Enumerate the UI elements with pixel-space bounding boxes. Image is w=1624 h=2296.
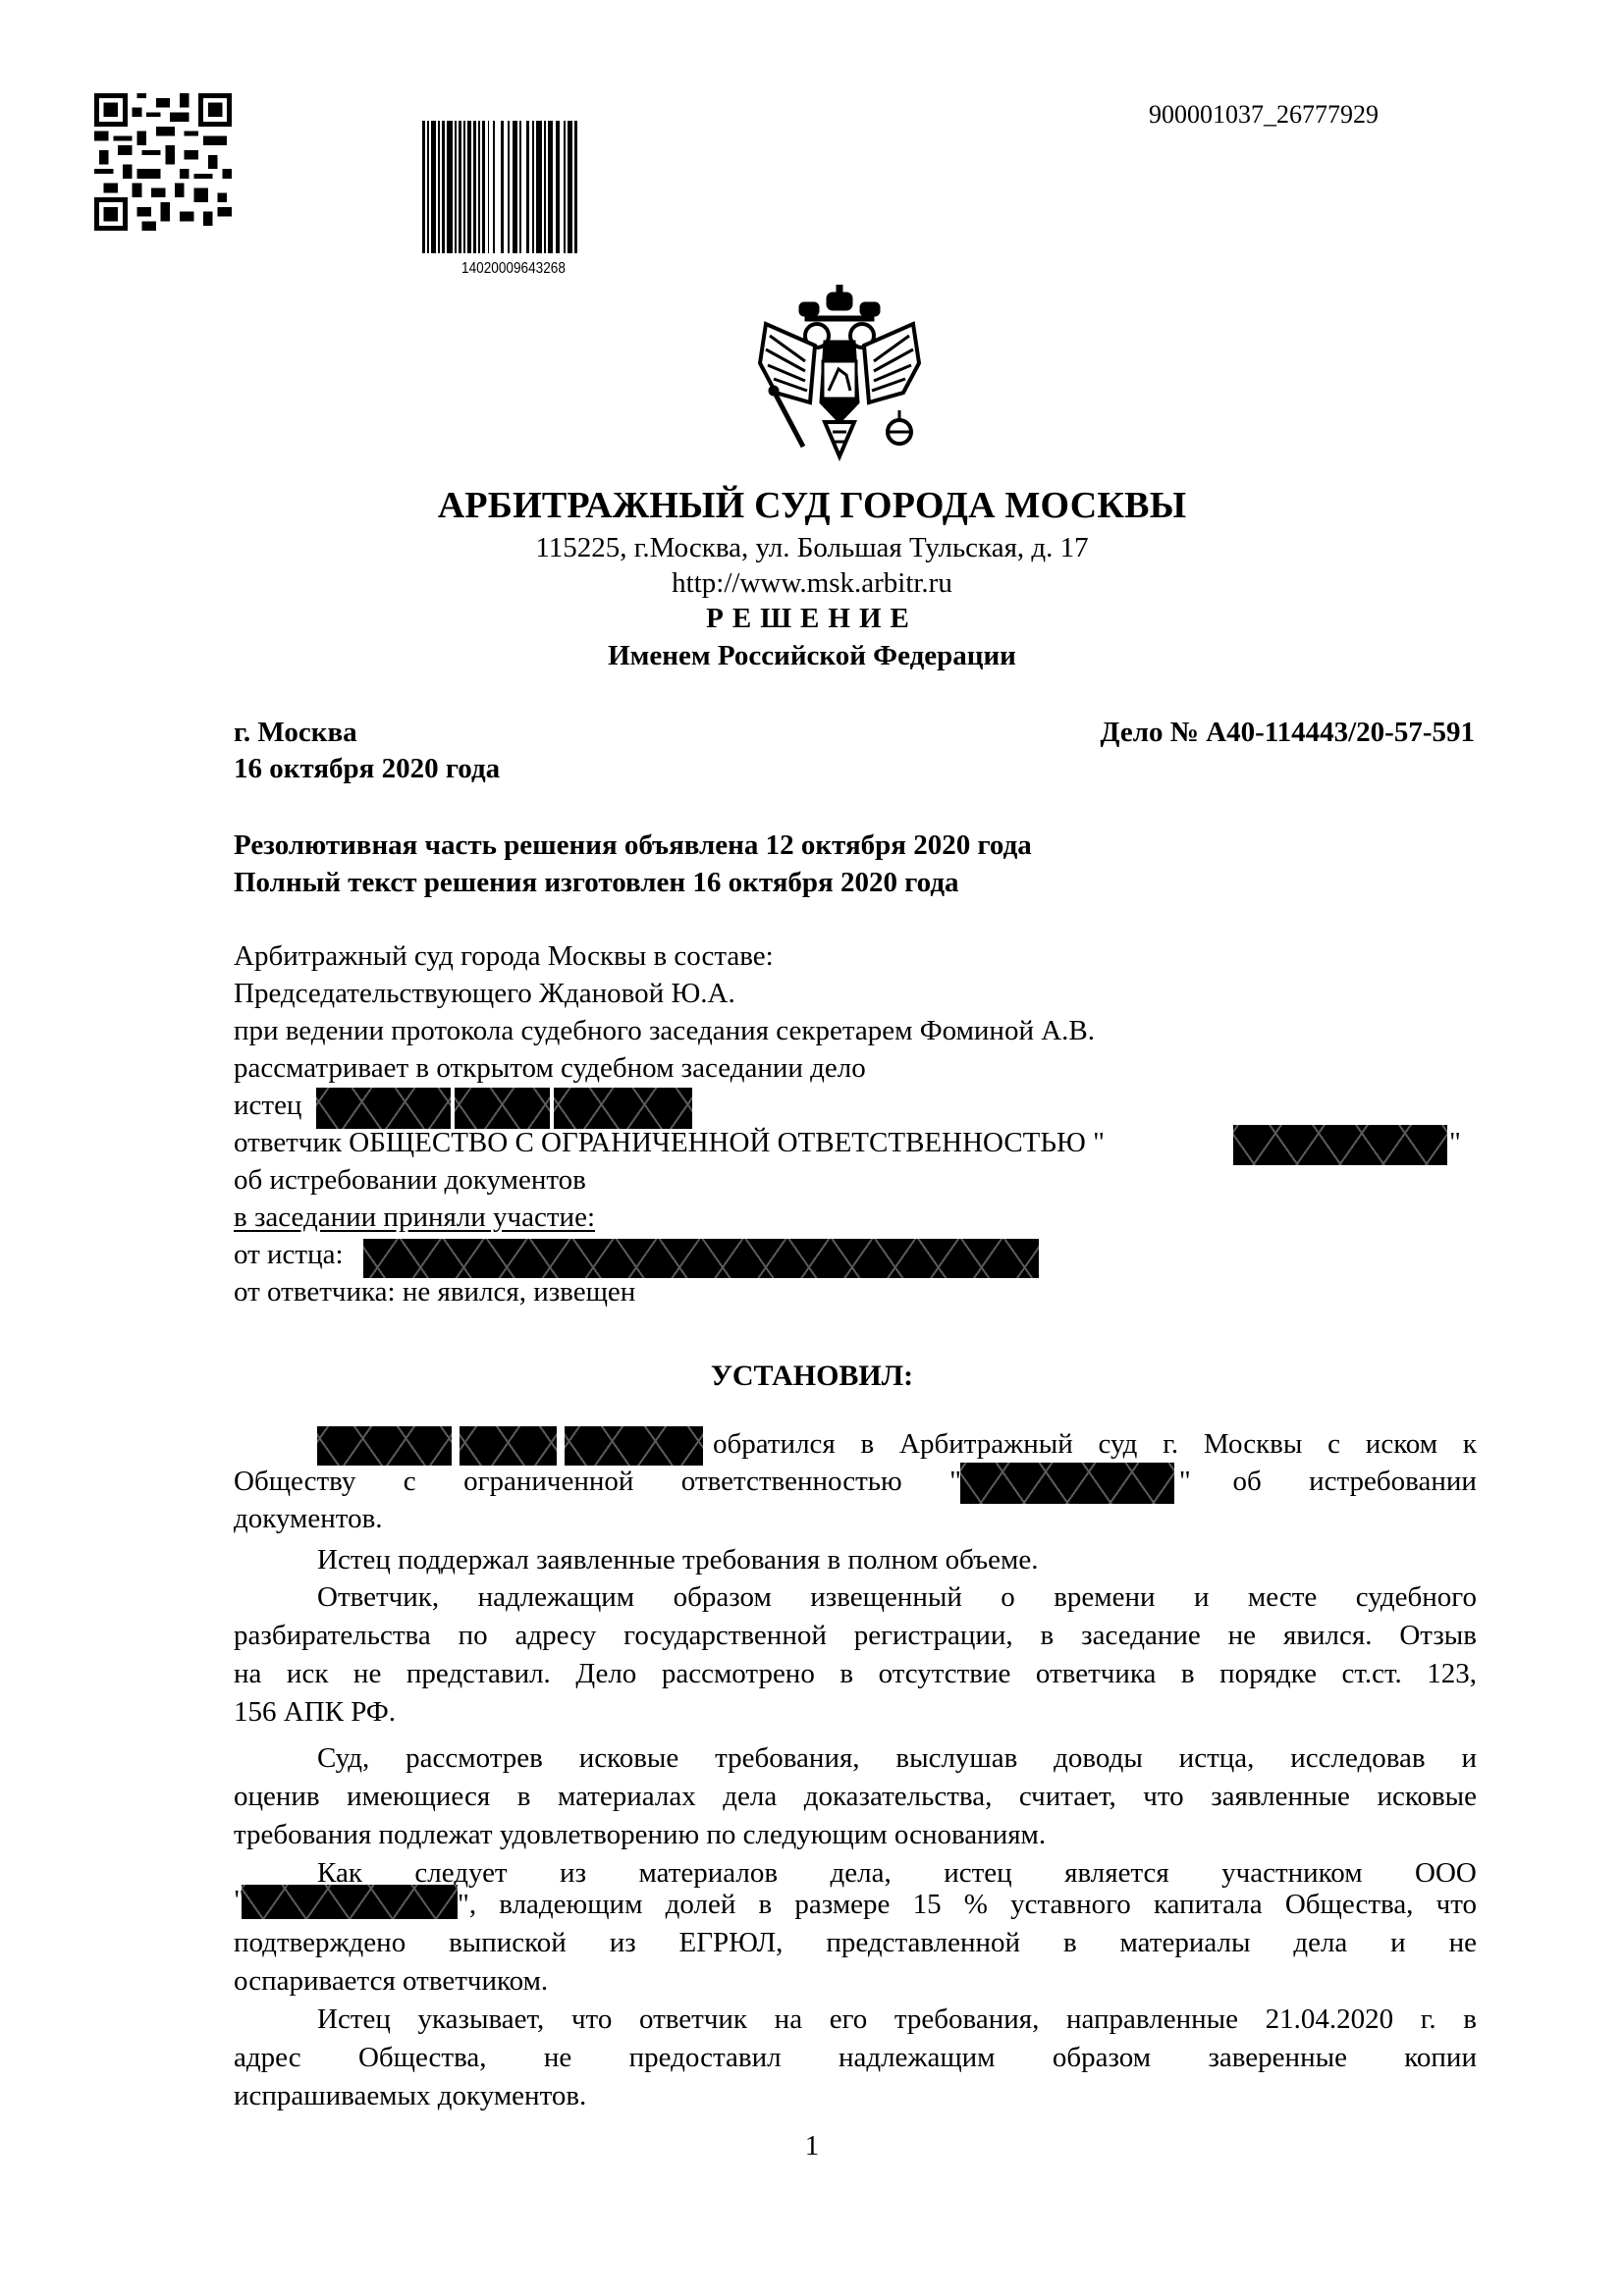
text-word: истец: [944, 1857, 1011, 1890]
text-word: адресу: [515, 1620, 597, 1652]
court-address: 115225, г.Москва, ул. Большая Тульская, …: [0, 532, 1624, 564]
text-word: считает,: [1019, 1781, 1116, 1813]
qr-code-icon: [94, 93, 232, 231]
text-word: Ответчик,: [317, 1581, 439, 1614]
paragraph-5-line-4: оспаривается ответчиком.: [234, 1965, 548, 1998]
text-word: разбирательства: [234, 1620, 431, 1652]
case-subject: об истребовании документов: [234, 1164, 586, 1197]
text-word: по: [459, 1620, 488, 1652]
text-word: надлежащим: [478, 1581, 635, 1614]
text-word: в: [1063, 1927, 1077, 1959]
court-composition: Арбитражный суд города Москвы в составе:: [234, 940, 774, 973]
text-word: ООО: [1415, 1857, 1477, 1890]
text-word: рассмотрев: [406, 1742, 543, 1775]
paragraph-1-line-1: обратился в Арбитражный суд г. Москвы с …: [713, 1428, 1477, 1461]
text-word: материалы: [1120, 1927, 1251, 1959]
paragraph-1-line-3: документов.: [234, 1503, 383, 1535]
redacted-plaintiff-name: [460, 1426, 557, 1466]
text-word: на: [234, 1658, 261, 1690]
paragraph-1-line-2: Обществу с ограниченной ответственностью…: [234, 1466, 1477, 1498]
text-word: в: [1181, 1658, 1195, 1690]
text-word: образом: [674, 1581, 772, 1614]
text-word: и: [1461, 1742, 1477, 1775]
text-word: дела: [723, 1781, 777, 1813]
text-word: в: [839, 1658, 853, 1690]
text-word: что: [1143, 1781, 1183, 1813]
text-word: является: [1064, 1857, 1169, 1890]
text-word: исковые: [1377, 1781, 1477, 1813]
text-word: выпиской: [449, 1927, 567, 1959]
paragraph-5-line-1: Какследуетизматериаловдела,истецявляется…: [317, 1857, 1477, 1890]
text-word: 123,: [1427, 1658, 1477, 1690]
text-word: образом: [1053, 2042, 1151, 2074]
text-word: времени: [1054, 1581, 1155, 1614]
text-word: и: [1194, 1581, 1210, 1614]
defendant-line: ответчик ОБЩЕСТВО С ОГРАНИЧЕННОЙ ОТВЕТСТ…: [234, 1127, 1105, 1159]
redacted-plaintiff-representative: [363, 1239, 1039, 1278]
hearing-statement: рассматривает в открытом судебном заседа…: [234, 1052, 866, 1085]
text-word: Обществу: [234, 1466, 355, 1498]
redacted-plaintiff-name: [455, 1088, 550, 1129]
presiding-judge: Председательствующего Ждановой Ю.А.: [234, 978, 735, 1010]
text-word: указывает,: [418, 2003, 545, 2036]
text-word: ограниченной: [463, 1466, 633, 1498]
text-word: заседание: [1081, 1620, 1201, 1652]
redacted-company-name: [242, 1885, 458, 1919]
text-word: из: [610, 1927, 636, 1959]
text-word: Суд,: [317, 1742, 369, 1775]
document-subtitle: Именем Российской Федерации: [0, 640, 1624, 672]
text-word: оценив: [234, 1781, 320, 1813]
text-word: извещенный: [810, 1581, 962, 1614]
text-word: заявленные: [1211, 1781, 1350, 1813]
court-website-link[interactable]: http://www.msk.arbitr.ru: [0, 567, 1624, 600]
text-word: на: [775, 2003, 802, 2036]
text-word: дела: [1293, 1927, 1347, 1959]
redacted-plaintiff-patronymic: [554, 1088, 692, 1129]
text-word: материалах: [558, 1781, 696, 1813]
text-word: не: [1228, 1620, 1256, 1652]
text-word: г.: [1421, 2003, 1436, 2036]
defendant-quote: ": [1449, 1127, 1461, 1159]
text-word: и: [1390, 1927, 1406, 1959]
paragraph-5-line-3: подтвержденовыпискойизЕГРЮЛ,представленн…: [234, 1927, 1477, 1959]
resolution-announced: Резолютивная часть решения объявлена 12 …: [234, 829, 1032, 862]
text-word: выслушав: [895, 1742, 1017, 1775]
text-word: явился.: [1283, 1620, 1372, 1652]
text-word: ответственностью: [681, 1466, 902, 1498]
paragraph-6-line-3: испрашиваемых документов.: [234, 2080, 586, 2112]
text-word: требования,: [715, 1742, 859, 1775]
text-word: представил.: [406, 1658, 551, 1690]
page-number: 1: [0, 2130, 1624, 2163]
paragraph-6-line-2: адресОбщества,непредоставилнадлежащимобр…: [234, 2042, 1477, 2074]
text-word: ст.ст.: [1342, 1658, 1402, 1690]
text-word: в: [517, 1781, 531, 1813]
text-word: судебного: [1356, 1581, 1477, 1614]
text-word: адрес: [234, 2042, 301, 2074]
text-word: рассмотрено: [662, 1658, 815, 1690]
text-word: участником: [1221, 1857, 1362, 1890]
text-word: 21.04.2020: [1266, 2003, 1394, 2036]
text-word: ответчика: [1036, 1658, 1157, 1690]
text-word: о: [1001, 1581, 1015, 1614]
text-word: имеющиеся: [347, 1781, 490, 1813]
text-word: Истец: [317, 2003, 391, 2036]
text-word: требования,: [894, 2003, 1039, 2036]
text-word: в: [1041, 1620, 1055, 1652]
coat-of-arms-icon: [756, 285, 923, 461]
text-word: государственной: [623, 1620, 827, 1652]
paragraph-3-line-2: разбирательствапоадресугосударственнойре…: [234, 1620, 1477, 1652]
text-word: не: [353, 1658, 381, 1690]
defendant-label: ответчик ОБЩЕСТВО С ОГРАНИЧЕННОЙ ОТВЕТСТ…: [234, 1127, 1105, 1158]
text-word: надлежащим: [839, 2042, 996, 2074]
barcode-icon: [422, 121, 579, 253]
paragraph-6-line-1: Истецуказывает,чтоответчикнаеготребовани…: [317, 2003, 1477, 2036]
text-word: месте: [1248, 1581, 1317, 1614]
text-word: подтверждено: [234, 1927, 406, 1959]
text-word: исковые: [579, 1742, 679, 1775]
barcode-number: 14020009643268: [461, 260, 566, 278]
paragraph-4-line-2: оценивимеющиесявматериалахделадоказатель…: [234, 1781, 1477, 1813]
full-text-date: Полный текст решения изготовлен 16 октяб…: [234, 867, 959, 899]
text-word: дела,: [831, 1857, 892, 1890]
court-name: АРБИТРАЖНЫЙ СУД ГОРОДА МОСКВЫ: [0, 484, 1624, 527]
decision-date: 16 октября 2020 года: [234, 753, 500, 785]
case-number: Дело № А40-114443/20-57-591: [1101, 717, 1475, 749]
paragraph-3-line-4: 156 АПК РФ.: [234, 1696, 396, 1729]
text-word: направленные: [1066, 2003, 1238, 2036]
city: г. Москва: [234, 717, 357, 749]
text-word: регистрации,: [854, 1620, 1013, 1652]
participants-label: в заседании приняли участие:: [234, 1201, 595, 1234]
text-word: его: [830, 2003, 868, 2036]
text-word: иск: [287, 1658, 328, 1690]
text-word: об: [1232, 1466, 1261, 1498]
text-word: доказательства,: [804, 1781, 993, 1813]
text-word: с: [404, 1466, 416, 1498]
document-id: 900001037_26777929: [1149, 100, 1379, 130]
from-defendant: от ответчика: не явился, извещен: [234, 1276, 635, 1308]
text-word: предоставил: [629, 2042, 782, 2074]
paragraph-2: Истец поддержал заявленные требования в …: [317, 1544, 1039, 1576]
plaintiff-label: истец: [234, 1090, 301, 1121]
paragraph-3-line-1: Ответчик,надлежащимобразомизвещенныйовре…: [317, 1581, 1477, 1614]
paragraph-5-line-2: ", владеющим долей в размере 15 % уставн…: [458, 1889, 1477, 1921]
text-word: копии: [1404, 2042, 1477, 2074]
text-word: Общества,: [358, 2042, 487, 2074]
text-word: истца,: [1179, 1742, 1255, 1775]
paragraph-4-line-1: Суд,рассмотревисковыетребования,выслушав…: [317, 1742, 1477, 1775]
court-secretary: при ведении протокола судебного заседани…: [234, 1015, 1095, 1047]
section-title-established: УСТАНОВИЛ:: [0, 1360, 1624, 1393]
text-word: не: [1449, 1927, 1477, 1959]
text-word: исследовав: [1290, 1742, 1425, 1775]
text-word: ответчик: [639, 2003, 747, 2036]
text-word: Отзыв: [1399, 1620, 1477, 1652]
text-word: Дело: [575, 1658, 636, 1690]
redacted-plaintiff-patronymic: [565, 1426, 703, 1466]
redacted-plaintiff-surname: [317, 1426, 452, 1466]
text-word: порядке: [1219, 1658, 1317, 1690]
text-word: заверенные: [1208, 2042, 1347, 2074]
from-plaintiff-label: от истца:: [234, 1239, 344, 1271]
document-type: РЕШЕНИЕ: [0, 603, 1624, 635]
text-word: доводы: [1054, 1742, 1143, 1775]
text-word: из: [560, 1857, 586, 1890]
text-word: не: [544, 2042, 571, 2074]
redacted-plaintiff-surname: [316, 1088, 451, 1129]
text-word: что: [571, 2003, 612, 2036]
paragraph-4-line-3: требования подлежат удовлетворению по сл…: [234, 1819, 1046, 1851]
text-word: истребовании: [1309, 1466, 1477, 1498]
redacted-defendant-company: [1233, 1125, 1447, 1165]
text-word: материалов: [638, 1857, 778, 1890]
paragraph-3-line-3: наискнепредставил.Делорассмотреновотсутс…: [234, 1658, 1477, 1690]
text-word: в: [1463, 2003, 1477, 2036]
text-word: отсутствие: [879, 1658, 1011, 1690]
text-word: представленной: [826, 1927, 1020, 1959]
text-word: ЕГРЮЛ,: [679, 1927, 784, 1959]
plaintiff-line: истец: [234, 1090, 301, 1122]
redacted-defendant-company: [960, 1463, 1174, 1504]
